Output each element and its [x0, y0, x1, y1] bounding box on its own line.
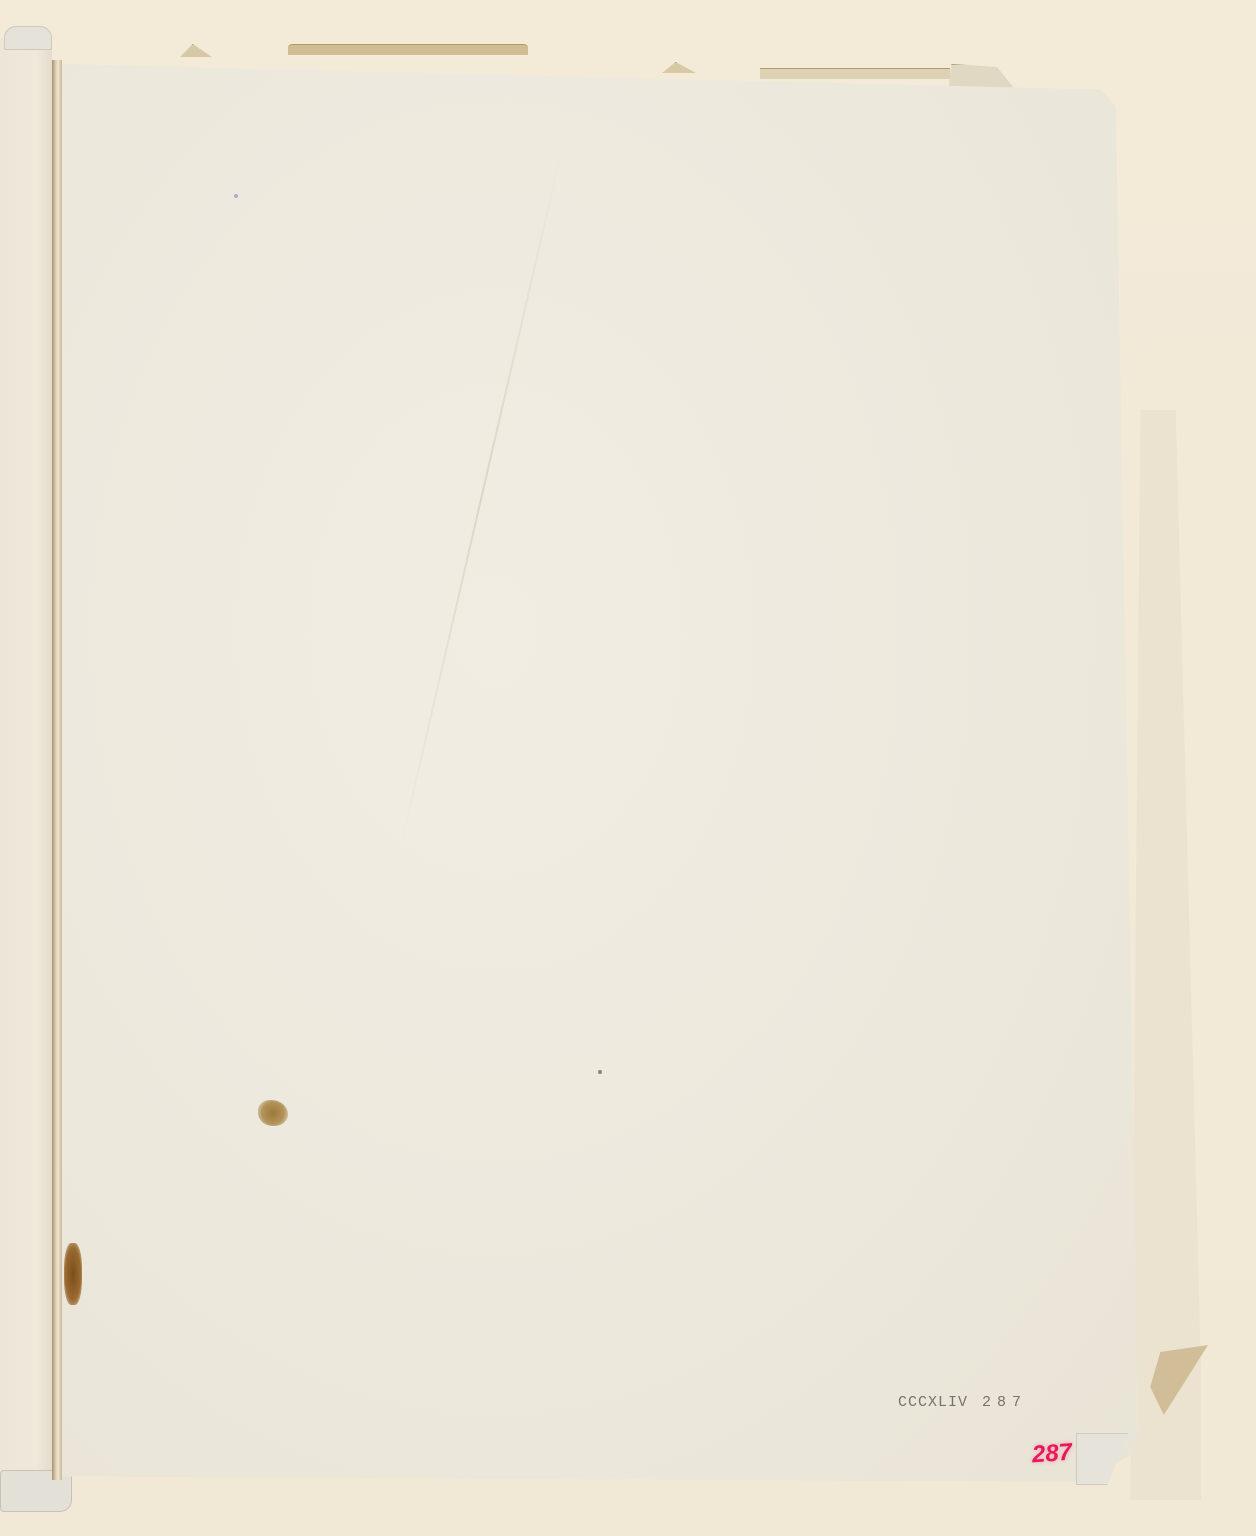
paper-crease — [400, 144, 564, 846]
torn-paper-fragment — [760, 68, 950, 79]
manuscript-scan: CCCXLIV287 287 — [0, 0, 1256, 1536]
facing-page-edge — [0, 38, 52, 1478]
folio-stamp-arabic: 287 — [982, 1394, 1027, 1411]
handwritten-folio-number: 287 — [1031, 1439, 1073, 1470]
torn-paper-fragment — [4, 26, 52, 50]
gutter-stain — [64, 1243, 82, 1305]
folio-stamp-roman: CCCXLIV — [898, 1394, 968, 1411]
folio-stamp: CCCXLIV287 — [898, 1394, 1027, 1411]
binding-gutter — [52, 60, 62, 1480]
torn-paper-fragment — [288, 44, 528, 55]
foxing-stain — [258, 1100, 288, 1126]
speck — [234, 194, 238, 198]
speck — [598, 1070, 602, 1074]
blank-page — [62, 64, 1144, 1482]
